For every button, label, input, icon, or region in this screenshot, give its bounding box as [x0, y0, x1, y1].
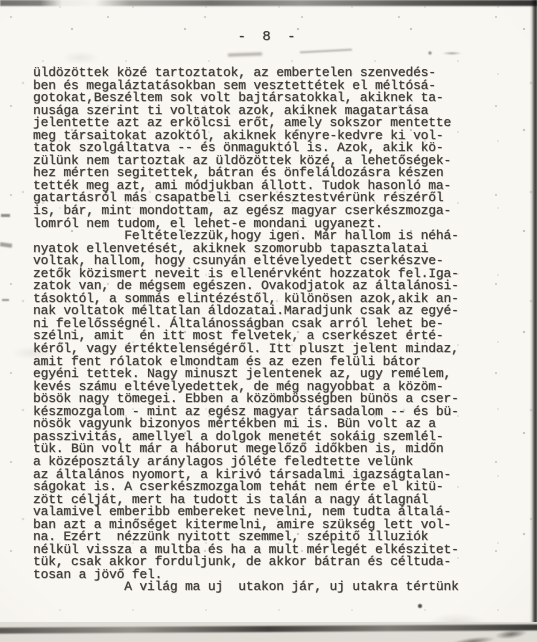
scan-artifact-bottom-line — [0, 624, 537, 633]
scan-artifact-bottom-edge — [0, 622, 537, 642]
scan-artifact-right-edge — [530, 0, 537, 642]
scan-smudge — [300, 49, 352, 54]
typewritten-text: üldözöttek közé tartoztatok, az embertel… — [33, 67, 459, 594]
scan-smudge — [0, 242, 12, 248]
scan-smudge — [418, 604, 422, 608]
scan-artifact-top-edge — [0, 0, 537, 6]
scan-smudge — [2, 299, 9, 301]
scan-smudge — [424, 50, 464, 56]
page-number: - 8 - — [0, 29, 537, 45]
scan-smudge — [1, 214, 10, 217]
scan-smudge — [228, 52, 262, 56]
scanned-document-page: - 8 - üldözöttek közé tartoztatok, az em… — [0, 0, 537, 642]
